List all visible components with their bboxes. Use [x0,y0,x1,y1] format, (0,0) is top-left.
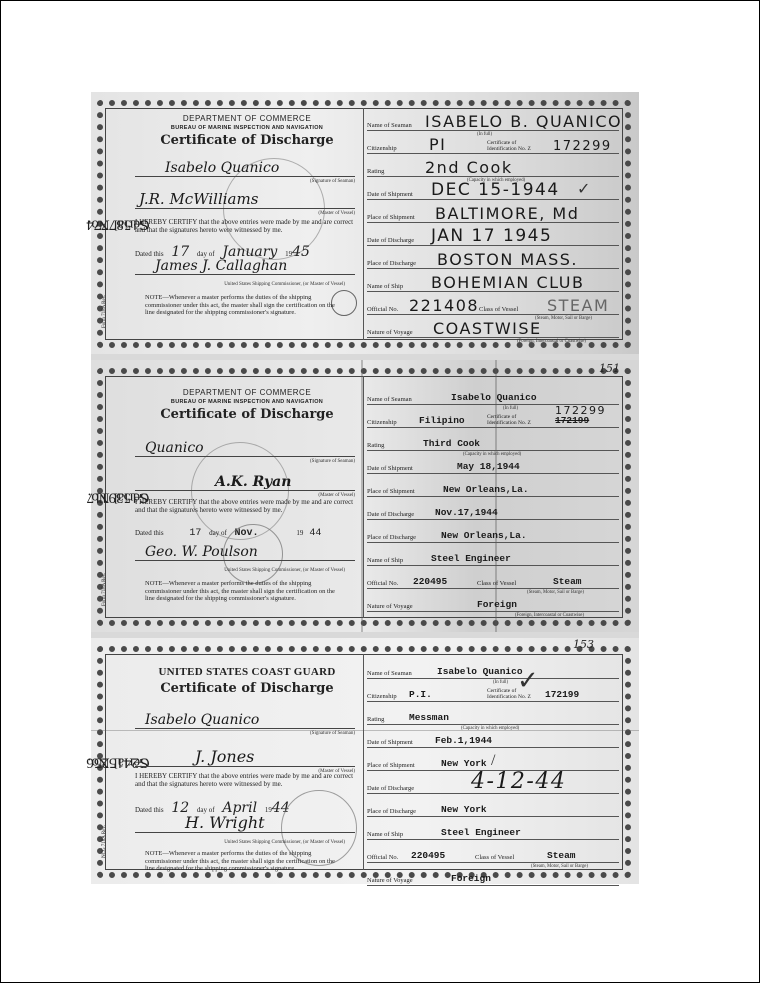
seaman-signature: Isabelo Quanico [165,160,279,176]
field-value: 2nd Cook [425,158,513,177]
field-value: 4-12-44 [471,769,566,794]
field-date-of-discharge: Date of Discharge JAN 17 1945 [367,223,619,246]
field-value: Steam [547,850,576,861]
field-value: 172199 [545,689,579,700]
field-value: Steel Engineer [431,553,511,564]
field-value: DEC 15-1944 [431,180,560,200]
field-label: Date of Shipment [367,191,413,198]
field-place-of-discharge: Place of Discharge New Orleans,La. [367,520,619,543]
field-value: New York [441,804,487,815]
serial-number: Serial No. G1587774 [107,108,129,340]
field-value: Steel Engineer [441,827,521,838]
certificate-right-panel: Name of Seaman Isabelo Quanico (In full)… [363,382,623,618]
field-label: Citizenship [367,145,397,152]
agency-name: DEPARTMENT OF COMMERCE [135,114,359,123]
certification-text: I HEREBY CERTIFY that the above entries … [135,498,355,514]
note-text: NOTE—Whenever a master performs the duti… [145,294,343,317]
commissioner-caption: United States Shipping Commissioner, (or… [224,568,345,574]
field-value: Isabelo Quanico [437,666,523,677]
master-signature: J.R. McWilliams [139,190,258,208]
field-label: Name of Seaman [367,670,412,677]
field-value: 220495 [411,850,445,861]
field-value: P.I. [409,689,432,700]
commissioner-caption: United States Shipping Commissioner, (or… [224,282,345,288]
certificate-1: Serial No. G1587774 DEPARTMENT OF COMMER… [91,92,639,354]
day-of-label: day of [209,529,227,537]
master-signature-line: J.R. McWilliams (Master of Vessel) [135,190,355,209]
field-name-of-seaman: Name of Seaman ISABELO B. QUANICO (In fu… [367,108,619,131]
form-number: NCG 718A Rev. [101,825,109,858]
field-place-of-shipment: Place of Shipment New York / [367,748,619,771]
field-label: Name of Ship [367,283,403,290]
certificate-2: 151 Serial No. G1539117 DEPARTMENT OF CO… [91,360,639,632]
field-value: Nov.17,1944 [435,507,498,518]
field-name-of-ship: Name of Ship Steel Engineer [367,543,619,566]
field-value: Filipino [419,415,465,426]
field-date-of-shipment: Date of Shipment Feb.1,1944 [367,725,619,748]
field-label: Nature of Voyage [367,603,413,610]
field-value: ISABELO B. QUANICO [425,112,622,131]
field-label: Name of Ship [367,557,403,564]
field-label: Date of Shipment [367,465,413,472]
field-label: Certificate of Identification No. Z [487,688,543,700]
master-signature-line: A.K. Ryan (Master of Vessel) [135,472,355,491]
field-label: Place of Shipment [367,762,415,769]
field-value: Steam [553,576,582,587]
field-value: New Orleans,La. [441,530,527,541]
field-value: May 18,1944 [457,461,520,472]
field-value: BOHEMIAN CLUB [431,273,584,292]
field-label: Place of Discharge [367,534,416,541]
certificate-left-panel: Serial No. G1539117 DEPARTMENT OF COMMER… [105,376,364,618]
field-value: STEAM [547,296,609,315]
field-date-of-shipment: Date of Shipment DEC 15-1944 ✓ [367,177,619,200]
field-label: Certificate of Identification No. Z [487,414,543,426]
field-label: Place of Discharge [367,808,416,815]
field-label: Date of Discharge [367,511,414,518]
form-number: Form 718A Rev. [101,573,109,606]
field-value: BOSTON MASS. [437,250,578,269]
field-label: Citizenship [367,419,397,426]
handwritten-page-number: 151 [599,362,620,375]
field-value: Third Cook [423,438,480,449]
field-name-of-seaman: Name of Seaman Isabelo Quanico (In full) [367,382,619,405]
dated-label: Dated this [135,806,164,814]
field-value: BALTIMORE, Md [435,204,579,223]
bureau-name: BUREAU OF MARINE INSPECTION AND NAVIGATI… [135,399,359,405]
certificate-title: Certificate of Discharge [135,407,359,422]
field-citizenship: Citizenship P.I. Certificate of Identifi… [367,679,619,702]
field-label: Nature of Voyage [367,329,413,336]
master-signature-line: J. Jones (Master of Vessel) [135,748,355,767]
field-value: New Orleans,La. [443,484,529,495]
master-caption: (Master of Vessel) [318,211,355,216]
field-label: Date of Shipment [367,739,413,746]
agency-name: UNITED STATES COAST GUARD [135,666,359,678]
field-label: Official No. [367,854,398,861]
certificate-right-panel: Name of Seaman Isabelo Quanico (In full)… [363,656,623,870]
field-label: Official No. [367,580,398,587]
checkmark-icon: ✓ [577,179,590,199]
field-label: Citizenship [367,693,397,700]
field-date-of-discharge: Date of Discharge 4-12-44 [367,771,619,794]
field-label: Nature of Voyage [367,877,413,884]
commissioner-signature: Geo. W. Poulson [145,544,258,560]
certificate-left-panel: Serial No. G2415256 UNITED STATES COAST … [105,654,364,870]
checkmark-icon: / [491,752,495,770]
year-prefix: 19 [265,806,272,814]
field-place-of-discharge: Place of Discharge BOSTON MASS. [367,246,619,269]
form-number: Form 718A Rev. [101,295,109,328]
field-name-of-ship: Name of Ship Steel Engineer [367,817,619,840]
field-value: 172299 [553,139,612,154]
seaman-signature-line: Isabelo Quanico (Signature of Seaman) [135,710,355,729]
seaman-signature-line: Isabelo Quanico (Signature of Seaman) [135,158,355,177]
field-label: Place of Shipment [367,214,415,221]
seaman-signature-caption: (Signature of Seaman) [310,179,355,184]
field-value: PI [429,135,446,154]
dated-day: 17 [189,528,201,539]
field-value: New York [441,758,487,769]
certification-text: I HEREBY CERTIFY that the above entries … [135,218,355,234]
certificate-right-panel: Name of Seaman ISABELO B. QUANICO (In fu… [363,108,623,340]
field-value: Feb.1,1944 [435,735,492,746]
certificate-title: Certificate of Discharge [135,133,359,148]
seaman-signature-line: Quanico (Signature of Seaman) [135,438,355,457]
seaman-signature-caption: (Signature of Seaman) [310,459,355,464]
day-of-label: day of [197,250,215,258]
agency-name: DEPARTMENT OF COMMERCE [135,388,359,397]
field-official-no: Official No. 221408 Class of Vessel STEA… [367,292,619,315]
master-signature: J. Jones [195,747,254,766]
scanned-document: Serial No. G1587774 DEPARTMENT OF COMMER… [91,92,639,884]
year-prefix: 19 [285,250,292,258]
field-official-no: Official No. 220495 Class of Vessel Stea… [367,840,619,863]
seaman-signature: Isabelo Quanico [145,712,259,728]
field-label: Official No. [367,306,398,313]
field-place-of-discharge: Place of Discharge New York [367,794,619,817]
field-date-of-discharge: Date of Discharge Nov.17,1944 [367,497,619,520]
field-label: Rating [367,442,384,449]
bureau-name: BUREAU OF MARINE INSPECTION AND NAVIGATI… [135,125,359,131]
field-value: Foreign [477,599,517,610]
field-rating: Rating Messman (Capacity in which employ… [367,702,619,725]
commissioner-caption: United States Shipping Commissioner, (or… [224,840,345,846]
field-label: Rating [367,168,384,175]
field-label: Name of Seaman [367,122,412,129]
commissioner-signature-line: H. Wright United States Shipping Commiss… [135,816,355,833]
field-rating: Rating Third Cook (Capacity in which emp… [367,428,619,451]
commissioner-signature: James J. Callaghan [155,258,287,274]
commissioner-signature-line: James J. Callaghan United States Shippin… [135,258,355,275]
field-label: Class of Vessel [477,580,516,587]
field-value: JAN 17 1945 [431,226,552,246]
certification-text: I HEREBY CERTIFY that the above entries … [135,772,355,788]
field-label: Class of Vessel [479,306,518,313]
seaman-signature-caption: (Signature of Seaman) [310,731,355,736]
certificate-left-panel: Serial No. G1587774 DEPARTMENT OF COMMER… [105,108,364,340]
certificate-title: Certificate of Discharge [135,681,359,696]
field-place-of-shipment: Place of Shipment BALTIMORE, Md [367,200,619,223]
seaman-signature: Quanico [145,440,204,456]
field-label: Name of Ship [367,831,403,838]
field-label: Date of Discharge [367,237,414,244]
field-nature-of-voyage: Nature of Voyage COASTWISE (Foreign, Int… [367,315,619,338]
field-label: Place of Shipment [367,488,415,495]
field-name-of-seaman: Name of Seaman Isabelo Quanico (In full)… [367,656,619,679]
commissioner-signature-line: Geo. W. Poulson United States Shipping C… [135,544,355,561]
field-label: Class of Vessel [475,854,514,861]
field-label: Rating [367,716,384,723]
field-label: Date of Discharge [367,785,414,792]
serial-number: Serial No. G1539117 [107,376,129,618]
dated-year: 44 [309,528,321,539]
field-value: COASTWISE [433,319,542,338]
field-date-of-shipment: Date of Shipment May 18,1944 [367,451,619,474]
commissioner-signature: H. Wright [185,813,265,832]
field-nature-of-voyage: Nature of Voyage Foreign [367,863,619,886]
field-value: 220495 [413,576,447,587]
field-label: Name of Seaman [367,396,412,403]
field-name-of-ship: Name of Ship BOHEMIAN CLUB [367,269,619,292]
master-signature: A.K. Ryan [215,474,291,490]
note-text: NOTE—Whenever a master performs the duti… [145,850,343,873]
field-value: Foreign [451,873,491,884]
note-text: NOTE—Whenever a master performs the duti… [145,580,343,603]
serial-number: Serial No. G2415256 [107,654,129,870]
field-label: Place of Discharge [367,260,416,267]
field-rating: Rating 2nd Cook (Capacity in which emplo… [367,154,619,177]
field-value: Isabelo Quanico [451,392,537,403]
handwritten-correction: 172299 [555,404,606,417]
field-official-no: Official No. 220495 Class of Vessel Stea… [367,566,619,589]
field-label: Certificate of Identification No. Z [487,140,543,152]
field-value: Messman [409,712,449,723]
certificate-3: 153 Serial No. G2415256 UNITED STATES CO… [91,638,639,884]
field-caption: (Foreign, Intercoastal or Coastwise) [517,339,586,344]
field-citizenship: Citizenship Filipino Certificate of Iden… [367,405,619,428]
dated-label: Dated this [135,529,164,537]
field-caption: (Foreign, Intercoastal or Coastwise) [515,613,584,618]
field-place-of-shipment: Place of Shipment New Orleans,La. [367,474,619,497]
field-value: 221408 [409,296,479,315]
year-prefix: 19 [296,529,303,537]
field-citizenship: Citizenship PI Certificate of Identifica… [367,131,619,154]
dated-label: Dated this [135,250,164,258]
handwritten-page-number: 153 [573,638,594,651]
field-nature-of-voyage: Nature of Voyage Foreign (Foreign, Inter… [367,589,619,612]
